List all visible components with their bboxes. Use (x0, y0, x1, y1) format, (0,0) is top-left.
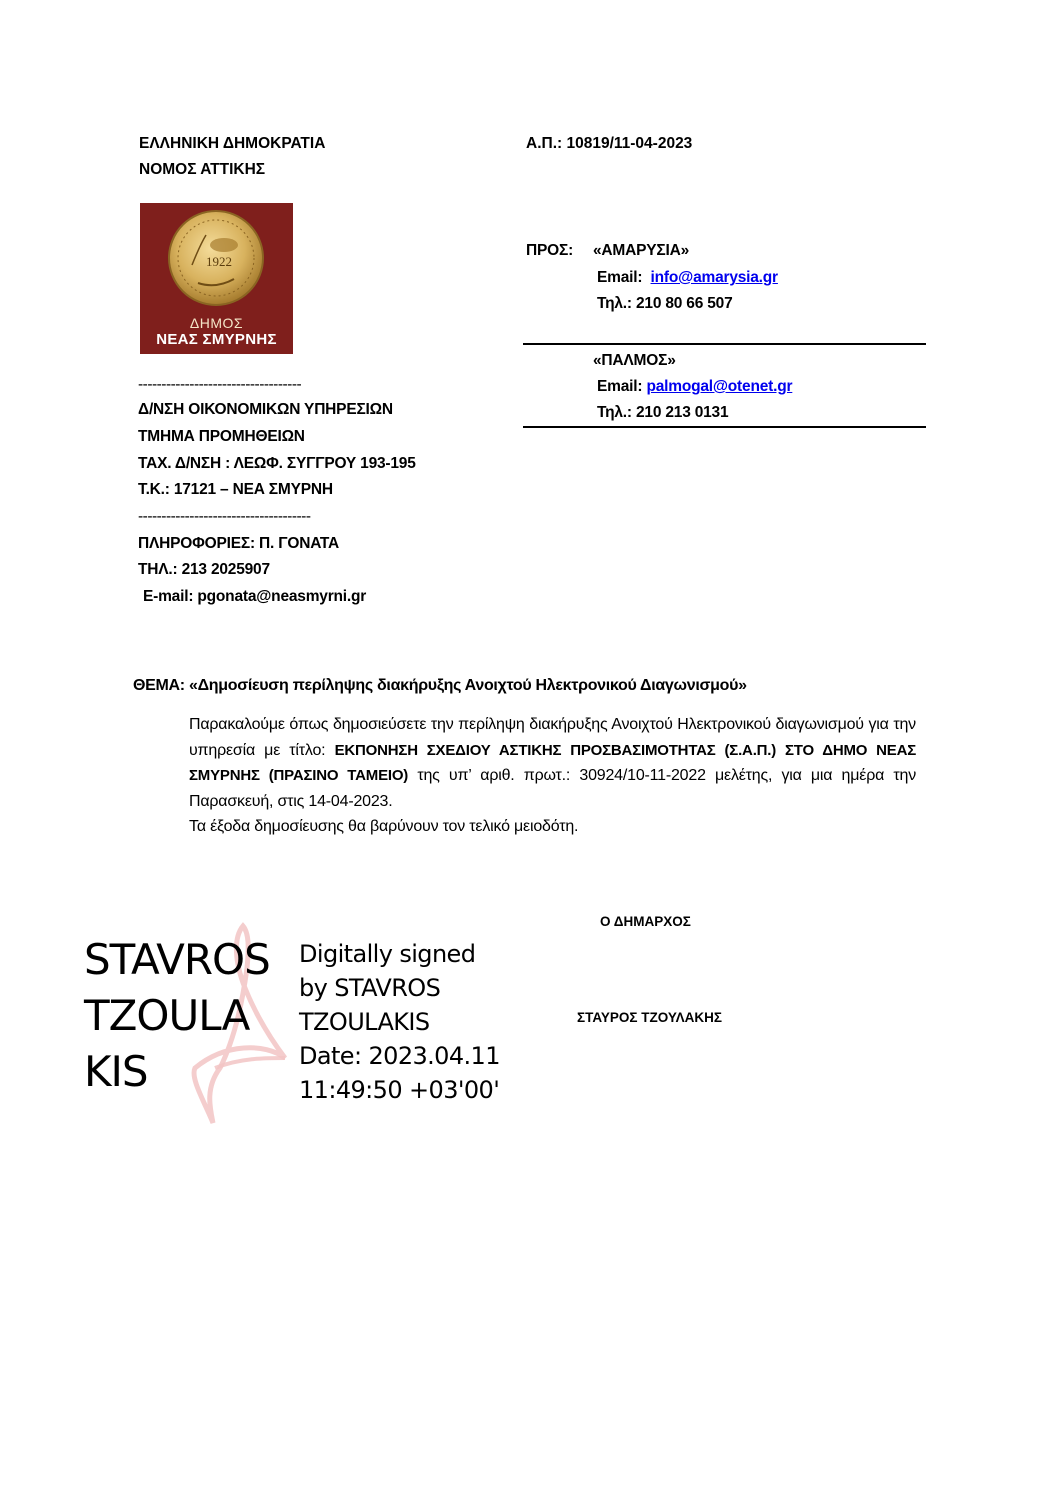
mayor-name: ΣΤΑΥΡΟΣ ΤΖΟΥΛΑΚΗΣ (577, 1010, 722, 1025)
recipient1-phone: Τηλ.: 210 80 66 507 (597, 295, 733, 313)
recipient1-email-link[interactable]: info@amarysia.gr (651, 269, 778, 286)
contact-phone: ΤΗΛ.: 213 2025907 (138, 561, 270, 579)
municipality-logo: 1922 ΔΗΜΟΣ ΝΕΑΣ ΣΜΥΡΝΗΣ (140, 203, 293, 354)
recipient2-email-link[interactable]: palmogal@otenet.gr (646, 378, 792, 395)
email-label: Email: (597, 269, 642, 286)
body-paragraph: Παρακαλούμε όπως δημοσιεύσετε την περίλη… (189, 712, 916, 840)
recipient1-name: «ΑΜΑΡΥΣΙΑ» (593, 242, 689, 260)
body-text: Τα έξοδα δημοσίευσης θα βαρύνουν τον τελ… (189, 818, 578, 835)
prefecture-heading: ΝΟΜΟΣ ΑΤΤΙΚΗΣ (139, 161, 265, 179)
logo-line2: ΝΕΑΣ ΣΜΥΡΝΗΣ (140, 331, 293, 348)
section-name: ΤΜΗΜΑ ΠΡΟΜΗΘΕΙΩΝ (138, 428, 305, 446)
separator: ----------------------------------- (138, 376, 301, 394)
postal-code: Τ.Κ.: 17121 – ΝΕΑ ΣΜΥΡΝΗ (138, 481, 333, 499)
protocol-number: Α.Π.: 10819/11-04-2023 (526, 135, 692, 153)
signature-details: Digitally signed by STAVROS TZOULAKIS Da… (299, 937, 500, 1107)
mayor-title: Ο ΔΗΜΑΡΧΟΣ (600, 914, 691, 929)
divider (523, 343, 926, 345)
recipient2-name: «ΠΑΛΜΟΣ» (593, 352, 676, 370)
subject-line: ΘΕΜΑ: «Δημοσίευση περίληψης διακήρυξης Α… (133, 677, 747, 695)
recipient2-phone: Τηλ.: 210 213 0131 (597, 404, 728, 422)
recipient2-email-row: Email: palmogal@otenet.gr (597, 378, 792, 396)
signer-name: STAVROS TZOULA KIS (84, 932, 270, 1100)
country-heading: ΕΛΛΗΝΙΚΗ ΔΗΜΟΚΡΑΤΙΑ (139, 135, 325, 153)
logo-line1: ΔΗΜΟΣ (140, 315, 293, 331)
contact-email: E-mail: pgonata@neasmyrni.gr (143, 588, 366, 606)
separator: ------------------------------------- (138, 508, 310, 526)
contact-person: ΠΛΗΡΟΦΟΡΙΕΣ: Π. ΓΟΝΑΤΑ (138, 535, 339, 553)
svg-text:1922: 1922 (206, 254, 232, 269)
recipient1-email-row: Email: info@amarysia.gr (597, 269, 778, 287)
postal-address: ΤΑΧ. Δ/ΝΣΗ : ΛΕΩΦ. ΣΥΓΓΡΟΥ 193-195 (138, 455, 416, 473)
department-name: Δ/ΝΣΗ ΟΙΚΟΝΟΜΙΚΩΝ ΥΠΗΡΕΣΙΩΝ (138, 401, 393, 419)
to-label: ΠΡΟΣ: (526, 242, 573, 260)
divider (523, 426, 926, 428)
email-label: Email: (597, 378, 642, 395)
